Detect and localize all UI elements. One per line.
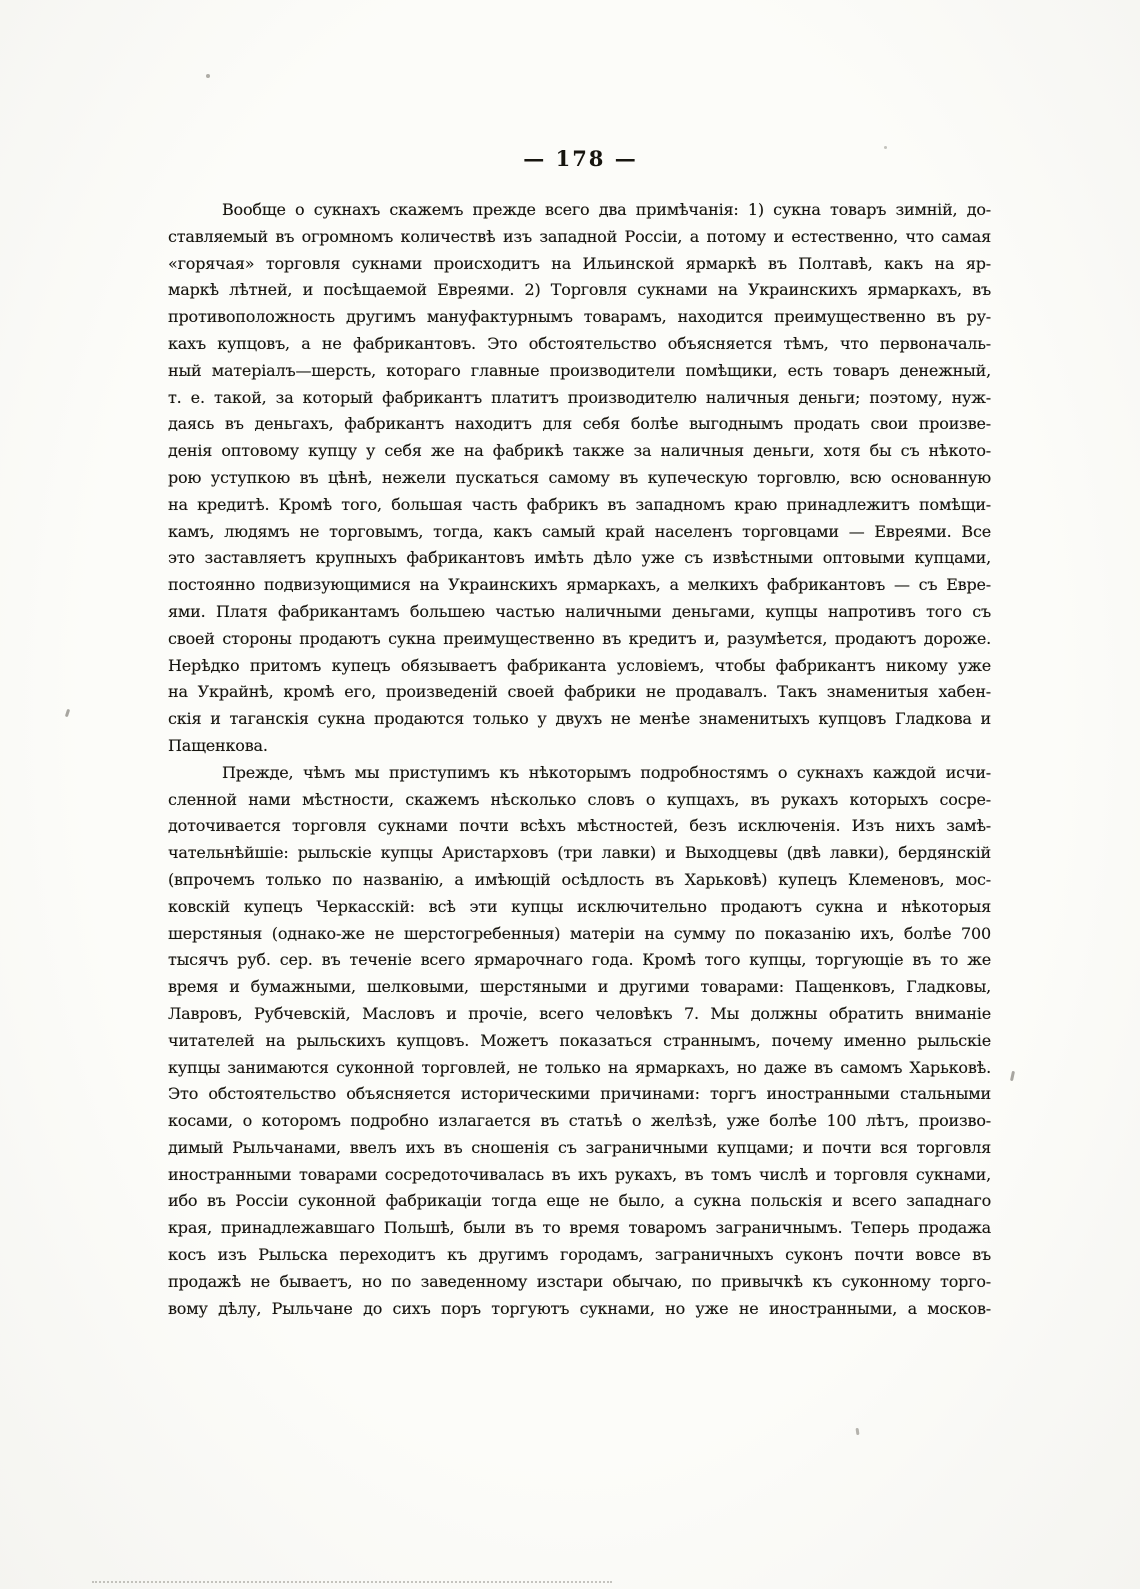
scan-artifact: [92, 1581, 612, 1583]
text-line: (впрочемъ только по названію, а имѣющій …: [168, 867, 991, 894]
text-line: это заставляетъ крупныхъ фабрикантовъ им…: [168, 545, 991, 572]
text-line: сленной нами мѣстности, скажемъ нѣскольк…: [168, 787, 991, 814]
text-line: маркѣ лѣтней, и посѣщаемой Евреями. 2) Т…: [168, 277, 991, 304]
text-line: на кредитѣ. Кромѣ того, большая часть фа…: [168, 492, 991, 519]
text-line: Лавровъ, Рубчевскій, Масловъ и прочіе, в…: [168, 1001, 991, 1028]
text-line: скія и таганскія сукна продаются только …: [168, 706, 991, 733]
text-line: камъ, людямъ не торговымъ, тогда, какъ с…: [168, 519, 991, 546]
text-line: время и бумажными, шелковыми, шерстяными…: [168, 974, 991, 1001]
text-line: вому дѣлу, Рыльчане до сихъ поръ торгуют…: [168, 1296, 991, 1323]
text-line: «горячая» торговля сукнами происходитъ н…: [168, 251, 991, 278]
paragraph: Вообще о сукнахъ скажемъ прежде всего дв…: [168, 197, 991, 760]
scan-artifact: [1010, 1071, 1015, 1081]
text-line: постоянно подвизующимися на Украинскихъ …: [168, 572, 991, 599]
paragraph: Прежде, чѣмъ мы приступимъ къ нѣкоторымъ…: [168, 760, 991, 1323]
text-line: на Украйнѣ, кромѣ его, произведеній свое…: [168, 679, 991, 706]
text-line: Нерѣдко притомъ купецъ обязываетъ фабрик…: [168, 653, 991, 680]
page-number: — 178 —: [170, 146, 991, 171]
text-line: доточивается торговля сукнами почти всѣх…: [168, 813, 991, 840]
scan-artifact: [65, 709, 70, 718]
text-line: димый Рыльчанами, ввелъ ихъ въ сношенія …: [168, 1135, 991, 1162]
scan-artifact: [856, 1428, 860, 1435]
text-line: кахъ купцовъ, а не фабрикантовъ. Это обс…: [168, 331, 991, 358]
text-line: ковскій купецъ Черкасскій: всѣ эти купцы…: [168, 894, 991, 921]
scan-artifact: [206, 74, 210, 78]
text-line: своей стороны продаютъ сукна преимуществ…: [168, 626, 991, 653]
text-line: иностранными товарами сосредоточивалась …: [168, 1162, 991, 1189]
text-line: тысячъ руб. сер. въ теченіе всего ярмаро…: [168, 947, 991, 974]
text-line: Это обстоятельство объясняется историчес…: [168, 1081, 991, 1108]
text-line: ями. Платя фабрикантамъ большею частью н…: [168, 599, 991, 626]
text-line: Прежде, чѣмъ мы приступимъ къ нѣкоторымъ…: [168, 760, 991, 787]
text-line: противоположность другимъ мануфактурнымъ…: [168, 304, 991, 331]
text-line: т. е. такой, за который фабрикантъ плати…: [168, 385, 991, 412]
text-line: денія оптовому купцу у себя же на фабрик…: [168, 438, 991, 465]
text-line: ставляемый въ огромномъ количествѣ изъ з…: [168, 224, 991, 251]
text-line: даясь въ деньгахъ, фабрикантъ находитъ д…: [168, 411, 991, 438]
text-line: ный матеріалъ—шерсть, котораго главные п…: [168, 358, 991, 385]
text-line: шерстяныя (однако-же не шерстогребенныя)…: [168, 921, 991, 948]
text-line: Пащенкова.: [168, 733, 991, 760]
text-line: косъ изъ Рыльска переходитъ къ другимъ г…: [168, 1242, 991, 1269]
text-line: Вообще о сукнахъ скажемъ прежде всего дв…: [168, 197, 991, 224]
text-line: купцы занимаются суконной торговлей, не …: [168, 1055, 991, 1082]
text-line: продажѣ не бываетъ, но по заведенному из…: [168, 1269, 991, 1296]
text-line: ибо въ Россіи суконной фабрикаціи тогда …: [168, 1188, 991, 1215]
page-text: Вообще о сукнахъ скажемъ прежде всего дв…: [168, 197, 991, 1322]
text-line: рою уступкою въ цѣнѣ, нежели пускаться с…: [168, 465, 991, 492]
text-line: косами, о которомъ подробно излагается в…: [168, 1108, 991, 1135]
text-line: читателей на рыльскихъ купцовъ. Можетъ п…: [168, 1028, 991, 1055]
text-line: чательнѣйшіе: рыльскіе купцы Аристарховъ…: [168, 840, 991, 867]
text-line: края, принадлежавшаго Польшѣ, были въ то…: [168, 1215, 991, 1242]
